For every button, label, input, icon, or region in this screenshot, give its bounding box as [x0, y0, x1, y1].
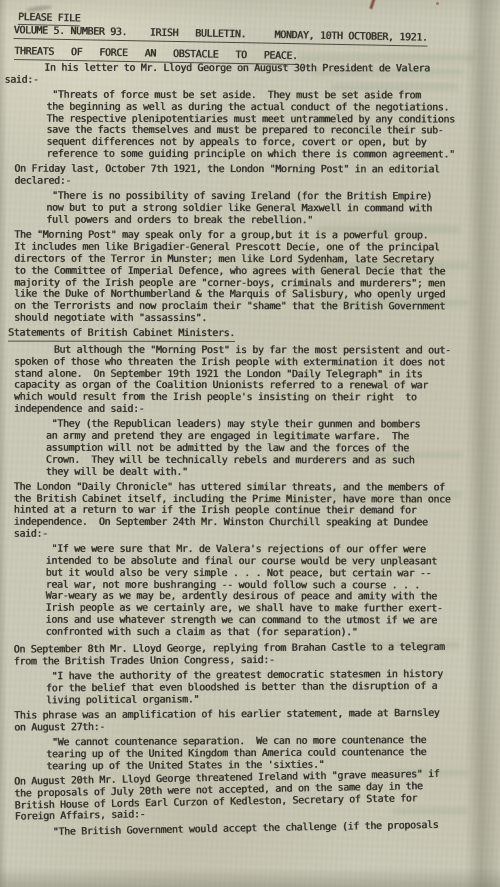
paragraph: On September 8th Mr. Lloyd George, reply…	[14, 641, 488, 667]
section-heading: Statements of British Cabinet Ministers.	[8, 328, 235, 342]
page-header: PLEASE FILE VOLUME 5. NUMBER 93. IRISH B…	[13, 12, 487, 51]
section-bottom: On August 20th Mr. Lloyd George threaten…	[14, 767, 489, 838]
quote-block: "We cannot countenance separation. We ca…	[46, 734, 488, 772]
paragraph: The "Morning Post" may speak only for a …	[14, 230, 488, 325]
quote-block: "They (the Republican leaders) may style…	[46, 419, 488, 479]
page-content: PLEASE FILE VOLUME 5. NUMBER 93. IRISH B…	[0, 0, 500, 887]
section-top: In his letter to Mr. Lloyd George on Aug…	[13, 63, 488, 639]
paragraph: The London "Daily Chronicle" has uttered…	[14, 482, 488, 542]
quote-block: "If we were sure that Mr. de Valera's re…	[45, 544, 487, 639]
document-page: PLEASE FILE VOLUME 5. NUMBER 93. IRISH B…	[0, 0, 500, 887]
paragraph: In his letter to Mr. Lloyd George on Aug…	[4, 63, 488, 87]
paragraph: On August 20th Mr. Lloyd George threaten…	[14, 767, 489, 823]
quote-block: "There is no possibility of saving Irela…	[46, 192, 488, 228]
please-file-annotation: PLEASE FILE	[18, 12, 81, 26]
section-middle: On September 8th Mr. Lloyd George, reply…	[14, 641, 489, 772]
paragraph: But although the "Morning Post" is by fa…	[14, 345, 488, 417]
quote-block: "I have the authority of the greatest de…	[46, 668, 488, 706]
quote-block: "Threats of force must be set aside. The…	[46, 90, 488, 162]
paragraph: On Friday last, October 7th 1921, the Lo…	[14, 164, 488, 188]
paragraph: This phrase was an amplification of his …	[14, 707, 488, 733]
